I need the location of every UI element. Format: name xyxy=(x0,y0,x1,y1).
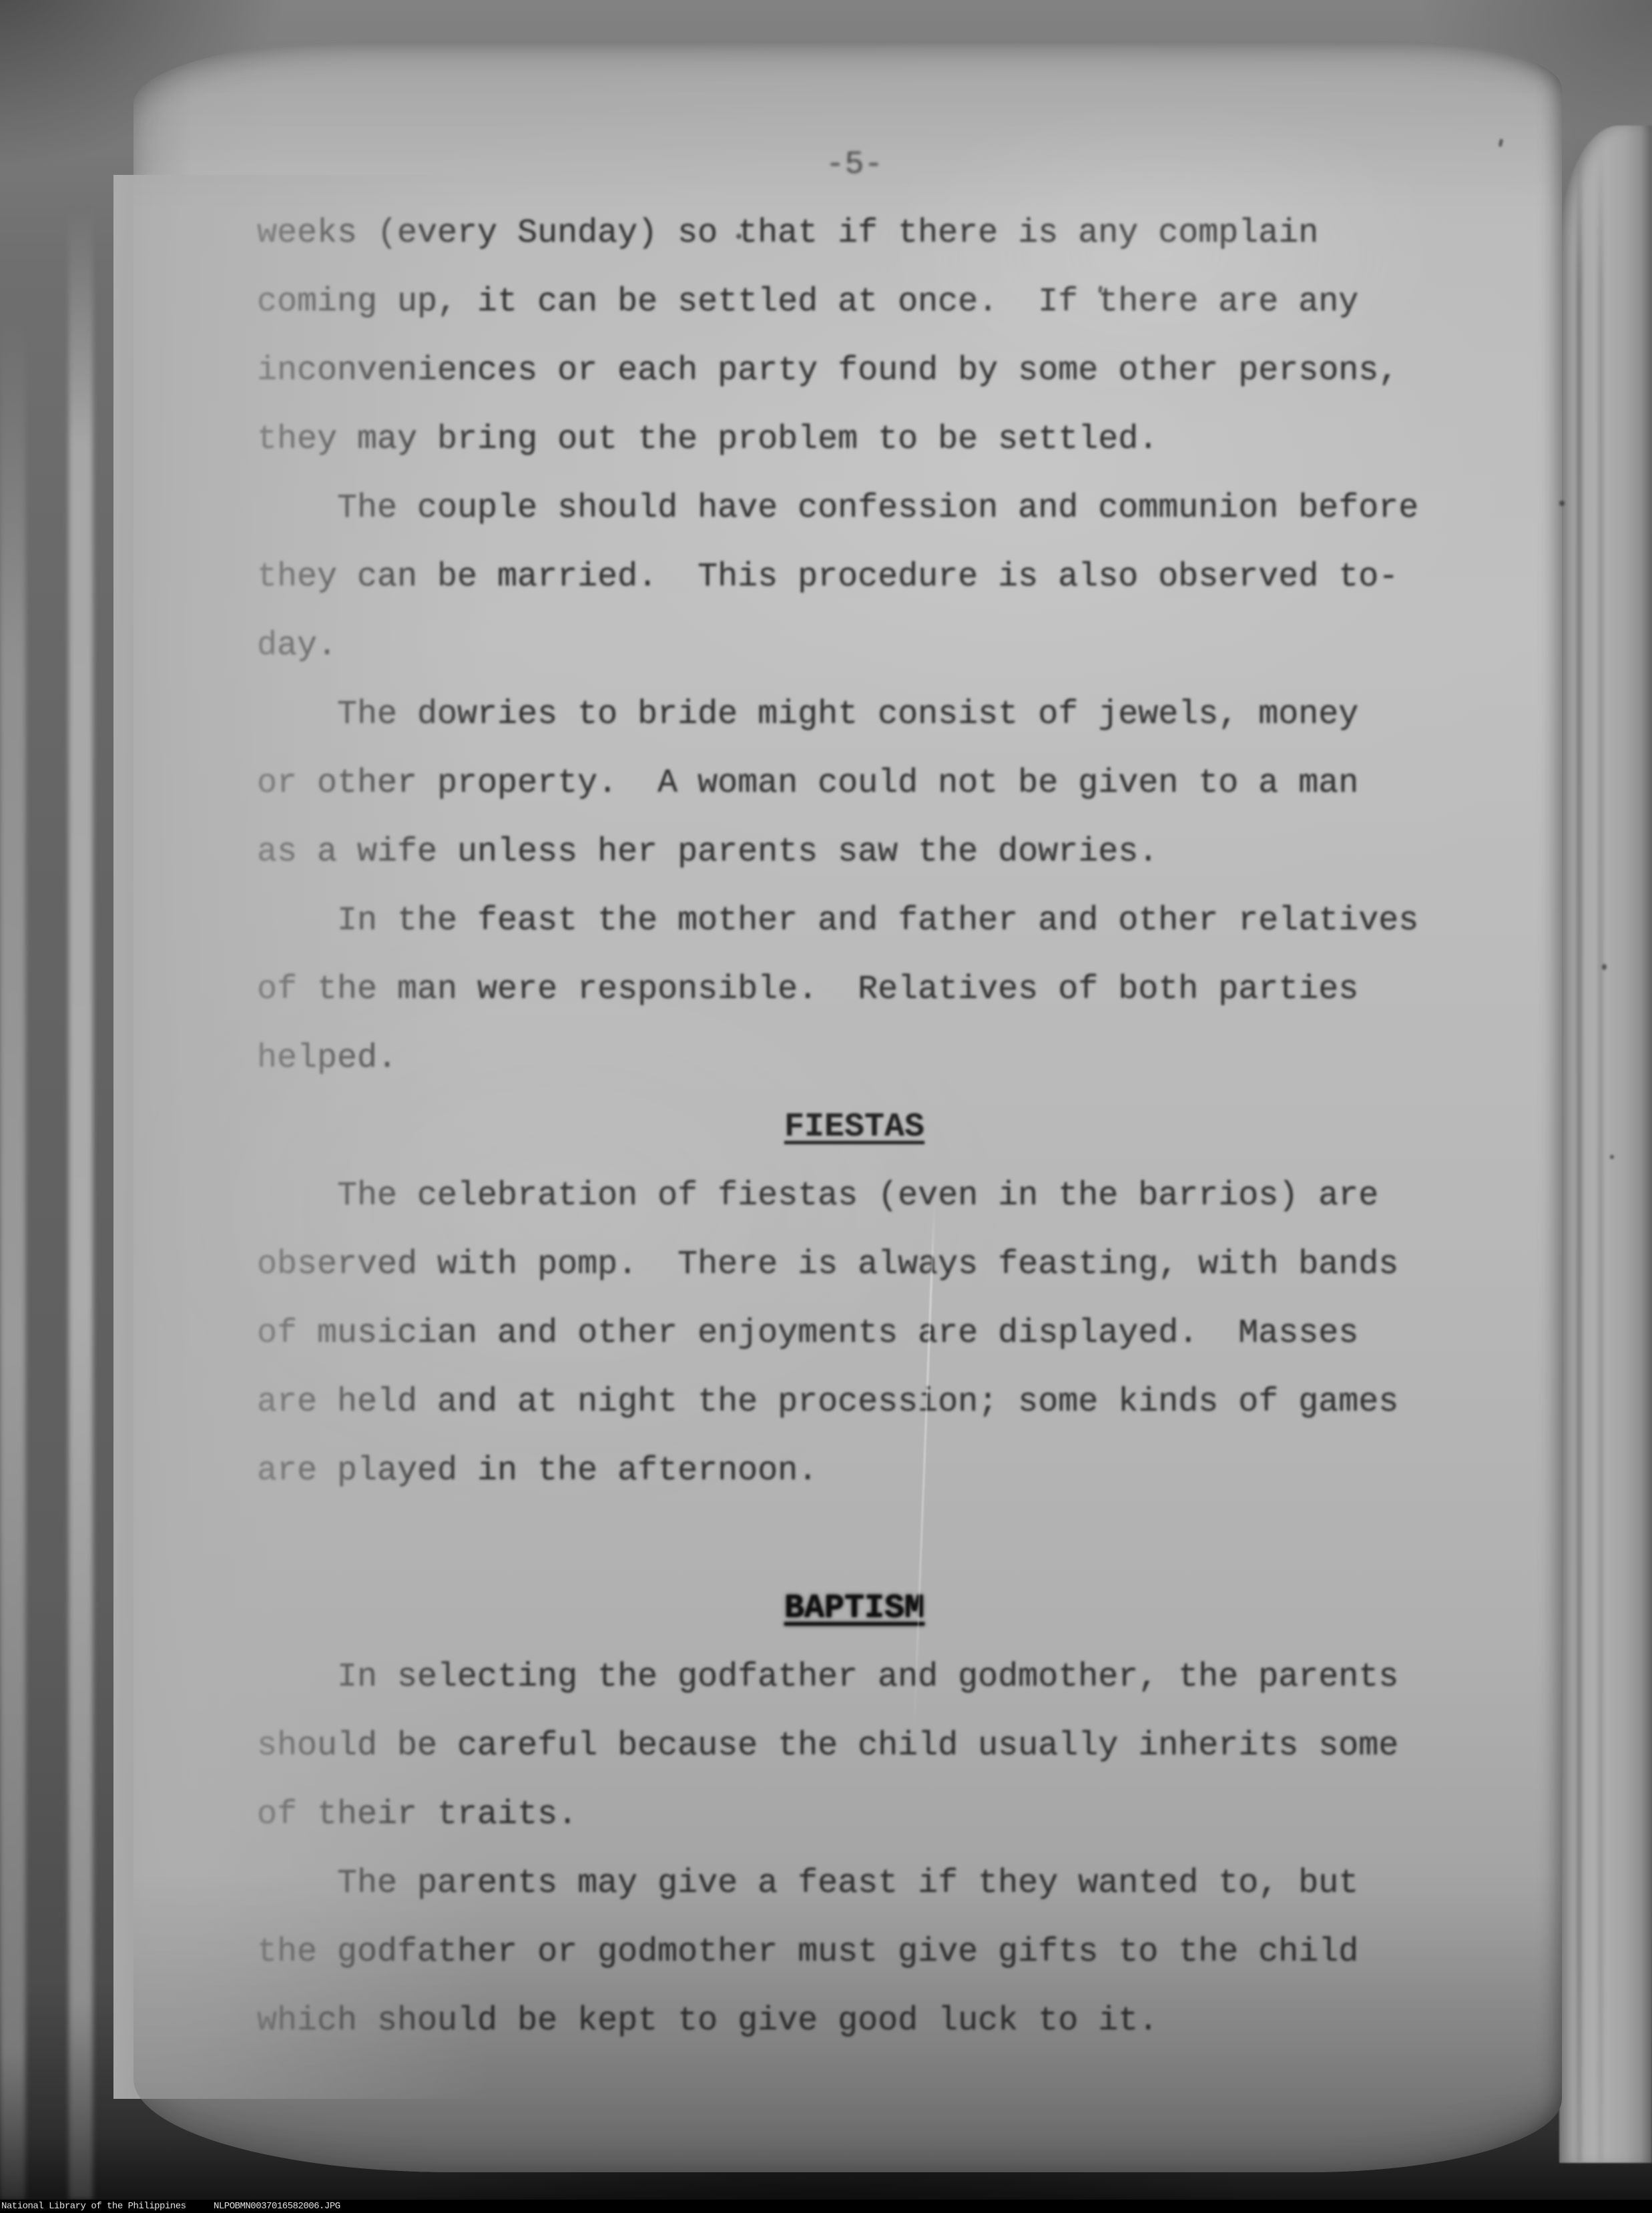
spine-page-edge-outer xyxy=(0,314,25,2200)
typed-line: The couple should have confession and co… xyxy=(257,474,1452,543)
typed-line: they can be married. This procedure is a… xyxy=(257,543,1452,611)
typed-line: day. xyxy=(257,611,1452,680)
document-page: -5- weeks (every Sunday) so that if ther… xyxy=(133,41,1562,2172)
typed-line: as a wife unless her parents saw the dow… xyxy=(257,818,1452,887)
typed-line: inconveniences or each party found by so… xyxy=(257,336,1452,405)
spine-page-edge-inner xyxy=(69,207,93,2200)
library-name-label: National Library of the Philippines xyxy=(1,2200,186,2213)
typed-line: of the man were responsible. Relatives o… xyxy=(257,955,1452,1024)
typed-line: The celebration of fiestas (even in the … xyxy=(257,1162,1452,1230)
typed-line: should be careful because the child usua… xyxy=(257,1712,1452,1780)
microfilm-photo: -5- weeks (every Sunday) so that if ther… xyxy=(0,0,1652,2200)
typed-line: are played in the afternoon. xyxy=(257,1437,1452,1505)
scanned-document-screen: { "document": { "page_number": "-5-", "l… xyxy=(0,0,1652,2213)
dust-speck xyxy=(1498,139,1503,148)
typed-line: of their traits. xyxy=(257,1780,1452,1849)
typed-line: observed with pomp. There is always feas… xyxy=(257,1230,1452,1299)
dust-speck xyxy=(736,234,742,239)
book-page-stack-right xyxy=(1559,126,1652,2163)
dust-speck xyxy=(1610,1155,1614,1159)
typed-line: weeks (every Sunday) so that if there is… xyxy=(257,199,1452,268)
page-crease-line xyxy=(1577,126,1582,2163)
section-heading: FIESTAS xyxy=(257,1093,1452,1162)
typed-lines: weeks (every Sunday) so that if there is… xyxy=(257,199,1452,2055)
typed-line: the godfather or godmother must give gif… xyxy=(257,1918,1452,1987)
typed-line: are held and at night the procession; so… xyxy=(257,1368,1452,1437)
typed-line: which should be kept to give good luck t… xyxy=(257,1987,1452,2055)
typed-line: or other property. A woman could not be … xyxy=(257,749,1452,818)
typed-line: coming up, it can be settled at once. If… xyxy=(257,268,1452,336)
typed-line: helped. xyxy=(257,1024,1452,1093)
dust-speck xyxy=(1602,964,1607,970)
filename-label: NLPOBMN0037016582006.JPG xyxy=(214,2200,340,2213)
page-number: -5- xyxy=(257,147,1452,183)
typed-line: of musician and other enjoyments are dis… xyxy=(257,1299,1452,1368)
section-heading: BAPTISM xyxy=(257,1574,1452,1643)
typed-line: In the feast the mother and father and o… xyxy=(257,887,1452,955)
dust-speck xyxy=(1559,501,1565,506)
typed-line xyxy=(257,1505,1452,1574)
page-crease-line xyxy=(1598,126,1603,2163)
archive-footer-bar: National Library of the Philippines NLPO… xyxy=(0,2200,1652,2213)
typed-line: In selecting the godfather and godmother… xyxy=(257,1643,1452,1712)
typed-line: The parents may give a feast if they wan… xyxy=(257,1849,1452,1918)
typed-line: they may bring out the problem to be set… xyxy=(257,405,1452,474)
typed-line: The dowries to bride might consist of je… xyxy=(257,680,1452,749)
